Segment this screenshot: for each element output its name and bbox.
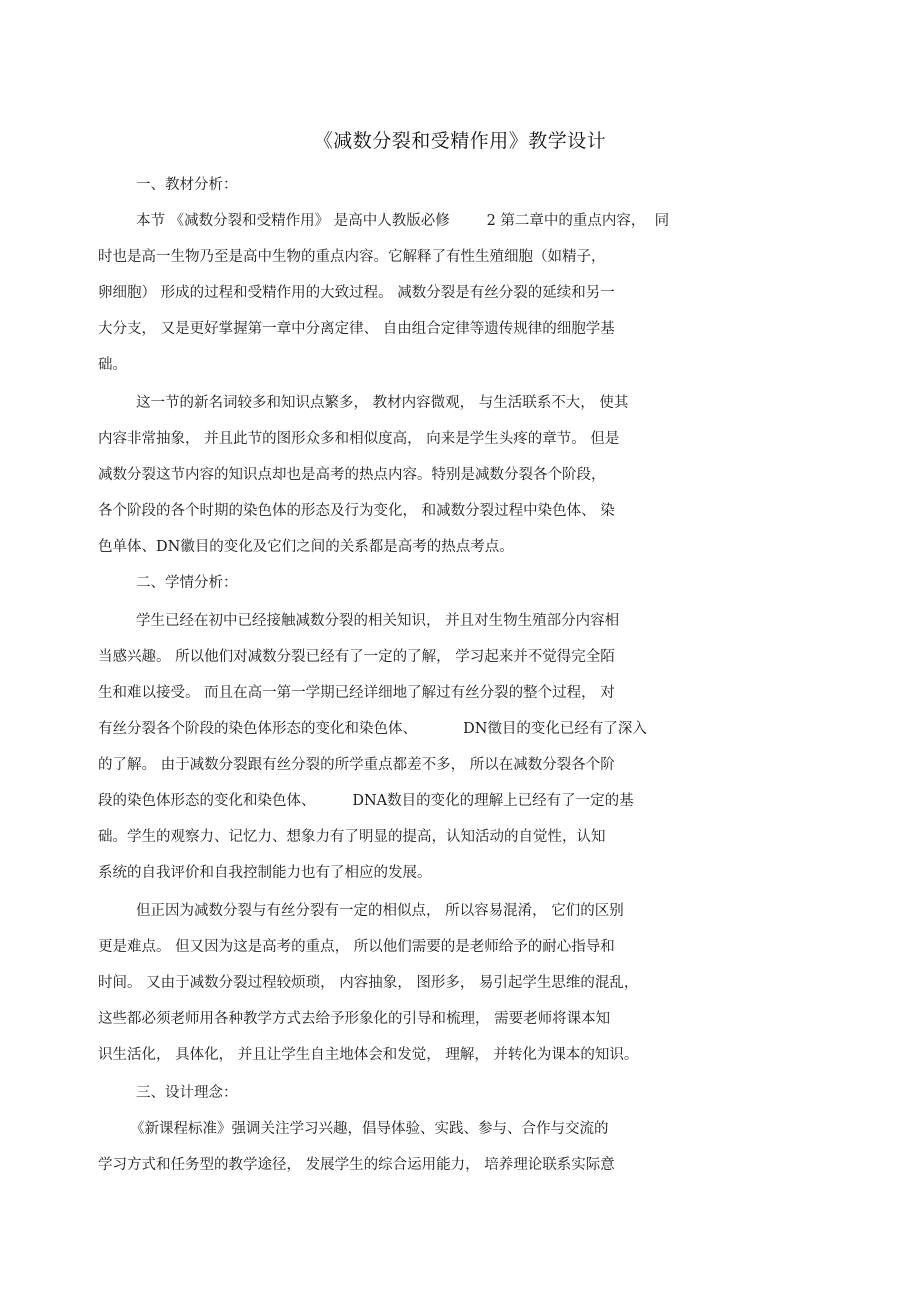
paragraph-line: 《新课程标准》强调关注学习兴趣，倡导体验、实践、参与、合作与交流的 (130, 1119, 609, 1139)
paragraph-line: 学生已经在初中已经接触减数分裂的相关知识， 并且对生物生殖部分内容相 (136, 611, 619, 631)
paragraph-line: 学习方式和任务型的教学途径， 发展学生的综合运用能力， 培养理论联系实际意 (98, 1155, 615, 1175)
section-heading-design-concept: 三、设计理念： (136, 1083, 238, 1103)
paragraph-line: 段的染色体形态的变化和染色体、 DNA数目的变化的理解上已经有了一定的基 (98, 791, 634, 811)
section-heading-materials: 一、教材分析： (136, 175, 238, 195)
paragraph-line: 系统的自我评价和自我控制能力也有了相应的发展。 (98, 863, 432, 883)
document-page: 《减数分裂和受精作用》教学设计 一、教材分析： 本节 《减数分裂和受精作用》 是… (0, 0, 920, 1303)
paragraph-line: 础。 (98, 355, 127, 375)
paragraph-line: 生和难以接受。 而且在高一第一学期已经详细地了解过有丝分裂的整个过程， 对 (98, 683, 615, 703)
document-title: 《减数分裂和受精作用》教学设计 (0, 128, 920, 154)
paragraph-line: 内容非常抽象， 并且此节的图形众多和相似度高， 向来是学生头疼的章节。 但是 (98, 429, 619, 449)
paragraph-line: 这些都必须老师用各种教学方式去给予形象化的引导和梳理， 需要老师将课本知 (98, 1009, 610, 1029)
paragraph-line: 识生活化， 具体化， 并且让学生自主地体会和发觉， 理解， 并转化为课本的知识。 (98, 1045, 638, 1065)
paragraph-line: 时也是高一生物乃至是高中生物的重点内容。它解释了有性生殖细胞（如精子， (98, 247, 606, 267)
paragraph-line: 色单体、DN徽目的变化及它们之间的关系都是高考的热点考点。 (98, 537, 514, 557)
paragraph-line: 更是难点。 但又因为这是高考的重点， 所以他们需要的是老师给予的耐心指导和 (98, 937, 615, 957)
paragraph-line: 时间。 又由于减数分裂过程较烦琐， 内容抽象， 图形多， 易引起学生思维的混乱， (98, 973, 638, 993)
paragraph-line: 当感兴趣。 所以他们对减数分裂已经有了一定的了解， 学习起来并不觉得完全陌 (98, 647, 615, 667)
paragraph-line: 减数分裂这节内容的知识点却也是高考的热点内容。特别是减数分裂各个阶段， (98, 465, 606, 485)
paragraph-line: 这一节的新名词较多和知识点繁多， 教材内容微观， 与生活联系不大， 使其 (136, 393, 628, 413)
paragraph-line: 各个阶段的各个时期的染色体的形态及行为变化， 和减数分裂过程中染色体、 染 (98, 501, 615, 521)
paragraph-line: 本节 《减数分裂和受精作用》 是高中人教版必修 2 第二章中的重点内容， 同 (136, 211, 669, 231)
paragraph-line: 卵细胞） 形成的过程和受精作用的大致过程。 减数分裂是有丝分裂的延续和另一 (98, 283, 615, 303)
paragraph-line: 但正因为减数分裂与有丝分裂有一定的相似点， 所以容易混淆， 它们的区别 (136, 901, 624, 921)
paragraph-line: 础。学生的观察力、记忆力、想象力有了明显的提高，认知活动的自觉性，认知 (98, 827, 606, 847)
paragraph-line: 大分支， 又是更好掌握第一章中分离定律、 自由组合定律等遗传规律的细胞学基 (98, 319, 615, 339)
paragraph-line: 的了解。 由于减数分裂跟有丝分裂的所学重点都差不多， 所以在减数分裂各个阶 (98, 755, 615, 775)
paragraph-line: 有丝分裂各个阶段的染色体形态的变化和染色体、 DN徵目的变化已经有了深入 (98, 719, 647, 739)
section-heading-students: 二、学情分析： (136, 573, 238, 593)
